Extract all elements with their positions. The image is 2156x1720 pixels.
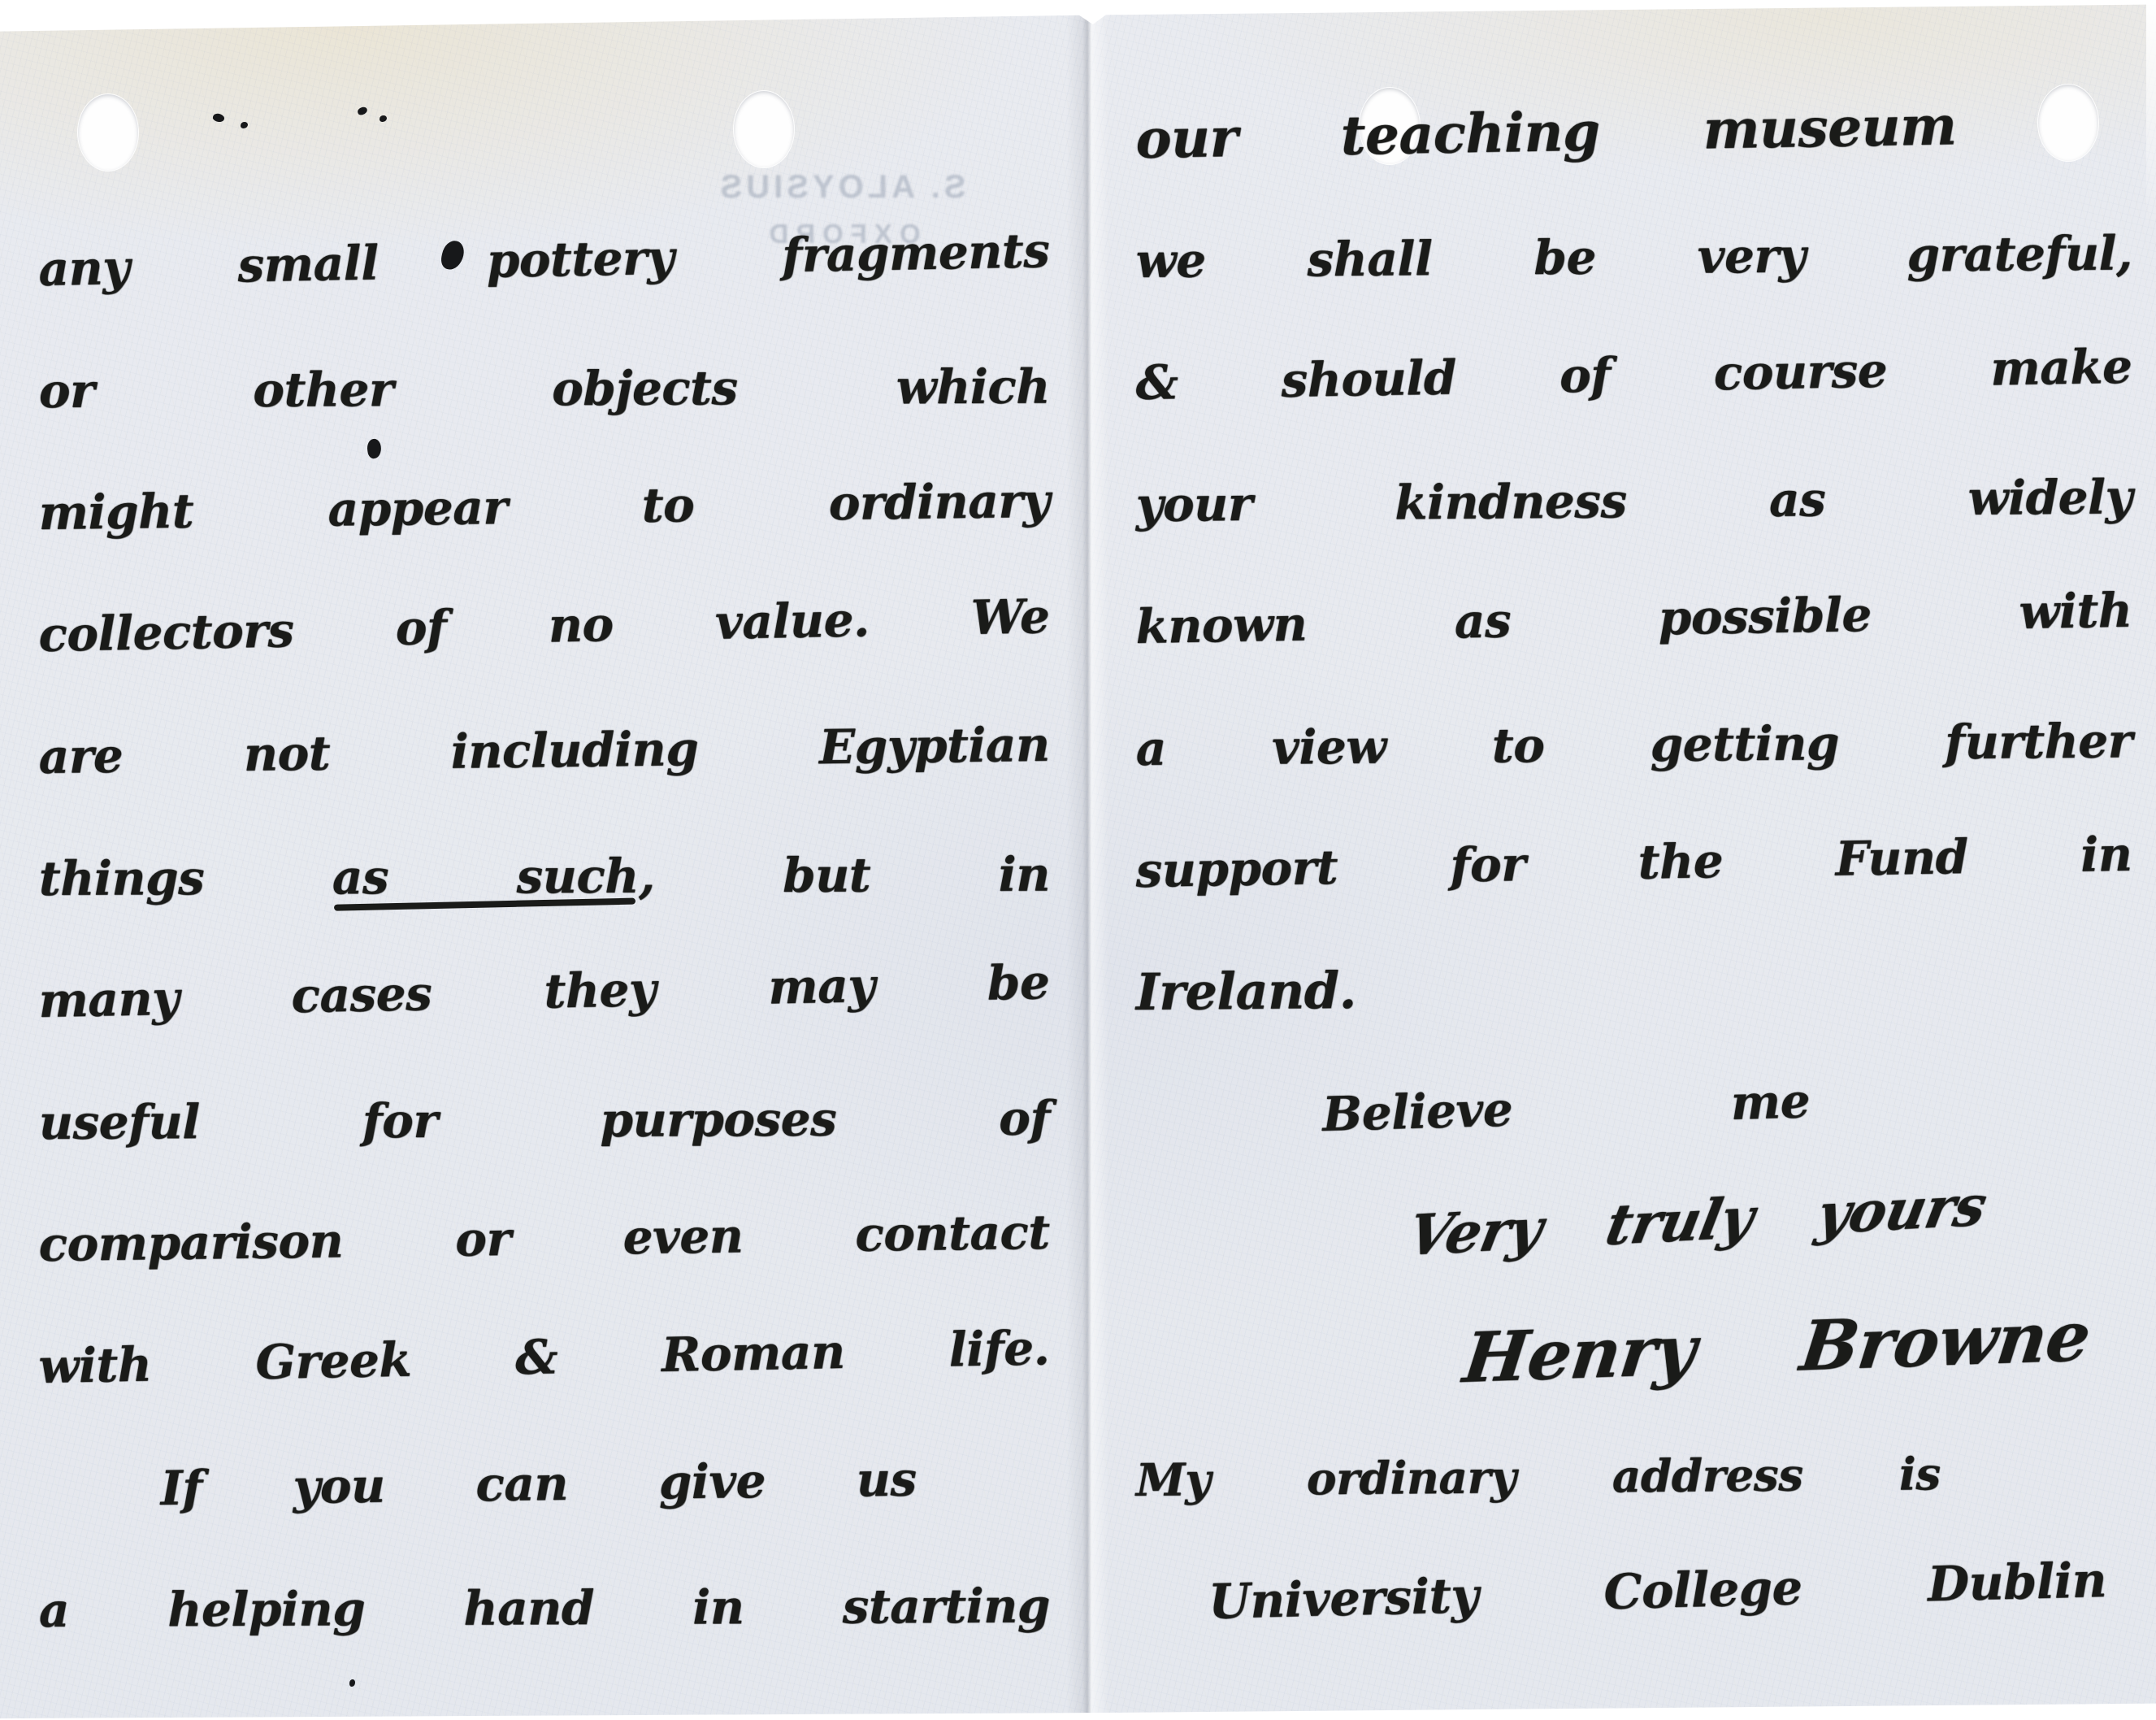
handwritten-line: If you can give us [160,1418,917,1549]
handwritten-line: we shall be very grateful, [1135,192,2132,322]
handwritten-line: are not including Egyptian [38,684,1051,818]
postscript-line: My ordinary address is [1135,1413,1941,1541]
handwritten-line: collectors of no value. We [37,555,1051,696]
closing-line: Believe me [1321,1040,1811,1175]
postscript-address: University College Dublin [1207,1519,2107,1663]
handwritten-line: known as possible with [1134,549,2132,688]
line-segment: things [39,850,205,906]
underlined-phrase: as such [332,849,639,906]
handwritten-line: your kindness as widely [1135,436,2132,566]
handwritten-line: useful for purposes of [39,1058,1051,1184]
handwritten-line: many cases they may be [37,921,1051,1062]
punch-hole [78,94,138,171]
handwritten-line: Ireland. [1135,923,2132,1053]
handwritten-line: any small pottery fragments [37,189,1051,330]
handwritten-line: comparison or even contact [38,1171,1051,1305]
handwritten-line-underlined: things as such, but in [39,814,1051,940]
handwritten-line: our teaching museum [1134,64,1957,200]
handwritten-line: with Greek & Roman life. [37,1287,1051,1427]
punch-hole [734,91,794,167]
handwritten-line: or other objects which [39,326,1051,452]
letter-page-left: any small pottery fragments or other obj… [39,208,1050,1671]
line-segment: , but in [639,847,1050,904]
scanner-edge-right [2146,0,2156,228]
handwritten-line: might appear to ordinary [38,440,1051,574]
signature: Henry Browne [1456,1275,2097,1420]
center-fold-crease [1066,0,1108,1720]
handwritten-line: & should of course make [1134,306,2132,444]
handwritten-line: a helping hand in starting [39,1545,1051,1671]
handwritten-line: support for the Fund in [1134,793,2132,932]
letter-page-right: our teaching museum we shall be very gra… [1136,78,2132,1663]
handwritten-line: a view to getting further [1135,680,2132,810]
